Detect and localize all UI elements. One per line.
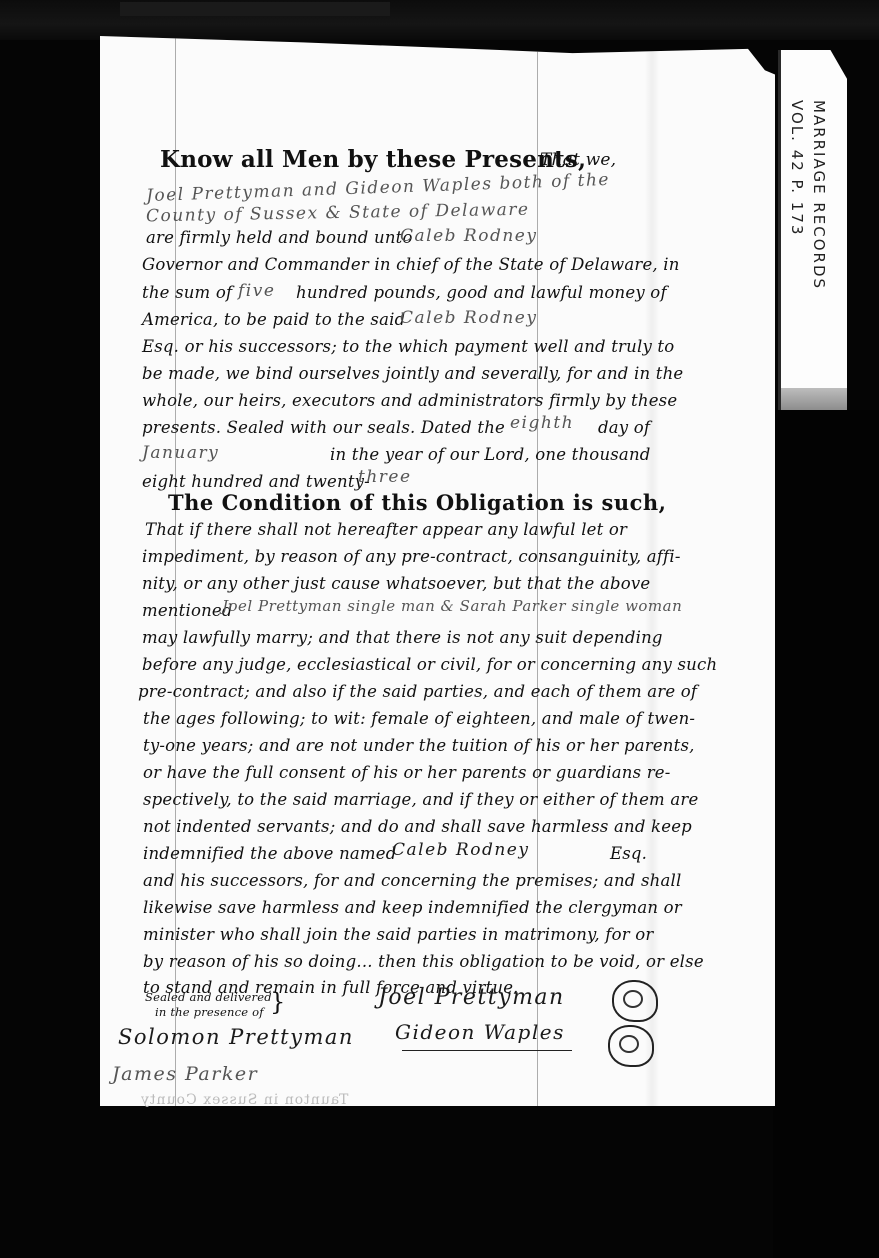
condition-line: likewise save harmless and keep indemnif… [143, 898, 682, 917]
condition-line: spectively, to the said marriage, and if… [143, 790, 698, 809]
scan-right-border [773, 410, 879, 1258]
handwritten-sum: five [238, 281, 275, 301]
condition-line: may lawfully marry; and that there is no… [142, 628, 663, 647]
condition-line: Esq. [610, 844, 647, 863]
condition-line: the ages following; to wit: female of ei… [143, 709, 695, 728]
signature-underline [402, 1050, 572, 1051]
bond-line: presents. Sealed with our seals. Dated t… [142, 418, 505, 437]
witness-solomon-prettyman: Solomon Prettyman [118, 1025, 354, 1049]
witness-james-parker: James Parker [112, 1063, 258, 1085]
condition-line: minister who shall join the said parties… [143, 925, 653, 944]
condition-line: mentioned [142, 601, 233, 620]
bond-line: be made, we bind ourselves jointly and s… [142, 364, 683, 383]
archive-label-volume: VOL. 42 P. 173 [788, 100, 806, 236]
condition-line: or have the full consent of his or her p… [143, 763, 671, 782]
heading-continuation: That we, [540, 150, 616, 170]
signature-joel-prettyman: Joel Prettyman [378, 985, 565, 1010]
wax-seal-icon [612, 980, 658, 1022]
sealed-label: Sealed and delivered [145, 990, 272, 1004]
handwritten-year: three [358, 467, 412, 487]
handwritten-month: January [142, 443, 219, 463]
scan-border-strip [120, 2, 390, 16]
condition-line: That if there shall not hereafter appear… [145, 520, 627, 539]
wax-seal-icon [608, 1025, 654, 1067]
bond-line: hundred pounds, good and lawful money of [296, 283, 667, 302]
condition-line: before any judge, ecclesiastical or civi… [142, 655, 717, 674]
bond-line: Governor and Commander in chief of the S… [142, 255, 680, 274]
handwritten-parties: Joel Prettyman single man & Sarah Parker… [222, 597, 682, 615]
condition-line: not indented servants; and do and shall … [143, 817, 692, 836]
condition-line: impediment, by reason of any pre-contrac… [142, 547, 681, 566]
condition-line: pre-contract; and also if the said parti… [138, 682, 697, 701]
presence-label: in the presence of [155, 1005, 264, 1019]
bond-line: in the year of our Lord, one thousand [330, 445, 651, 464]
scan-top-border [0, 0, 879, 40]
signature-gideon-waples: Gideon Waples [395, 1020, 565, 1044]
bond-line: whole, our heirs, executors and administ… [142, 391, 677, 410]
label-shadow [781, 388, 847, 410]
condition-line: indemnified the above named [143, 844, 397, 863]
document-heading: Know all Men by these Presents, [160, 146, 586, 173]
archive-label-title: MARRIAGE RECORDS [810, 100, 828, 290]
handwritten-day: eighth [510, 413, 574, 433]
brace: } [270, 988, 285, 1016]
handwritten-governor: Caleb Rodney [400, 226, 537, 246]
bond-line: Esq. or his successors; to the which pay… [142, 337, 674, 356]
bleed-through-text: Taunton in Sussex County [140, 1092, 348, 1108]
handwritten-indemnified: Caleb Rodney [392, 840, 529, 860]
condition-heading: The Condition of this Obligation is such… [168, 490, 666, 515]
bond-line: eight hundred and twenty- [142, 472, 370, 491]
bond-line: are firmly held and bound unto [146, 228, 413, 247]
handwritten-payee: Caleb Rodney [400, 308, 537, 328]
bond-line: America, to be paid to the said [142, 310, 405, 329]
bond-line: the sum of [142, 283, 232, 302]
condition-line: ty-one years; and are not under the tuit… [143, 736, 695, 755]
paper-crease [645, 36, 659, 1106]
fold-line [537, 36, 538, 1106]
condition-line: nity, or any other just cause whatsoever… [142, 574, 650, 593]
condition-line: and his successors, for and concerning t… [143, 871, 681, 890]
bond-line: day of [598, 418, 650, 437]
condition-line: by reason of his so doing... then this o… [143, 952, 704, 971]
